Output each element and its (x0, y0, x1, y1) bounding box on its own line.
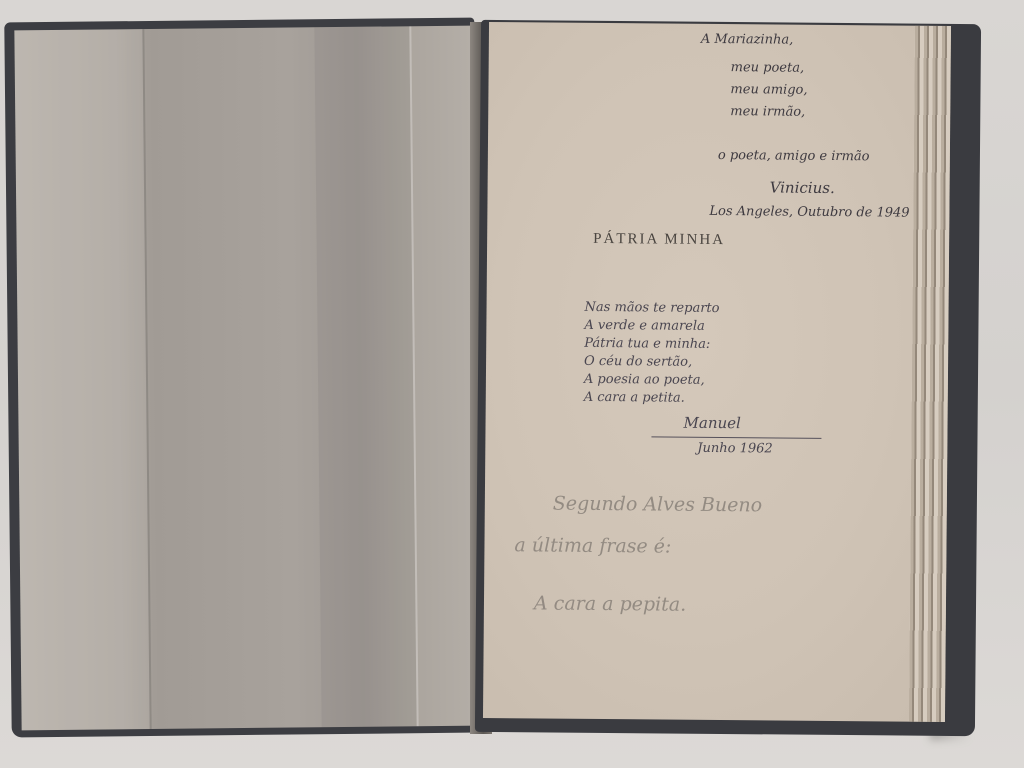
poem-line: Pátria tua e minha: (584, 335, 710, 355)
title-page: A Mariazinha, meu poeta, meu amigo, meu … (483, 22, 951, 722)
dedication-signature: Vinicius. (770, 178, 835, 197)
poem-date: Junho 1962 (697, 440, 773, 459)
poem-signature: Manuel (683, 414, 740, 433)
dedication-line: o poeta, amigo e irmão (718, 148, 870, 164)
dedication-place-date: Los Angeles, Outubro de 1949 (709, 204, 909, 221)
book-title: PÁTRIA MINHA (593, 231, 725, 249)
shadow-band (314, 26, 416, 727)
poem-line: A verde e amarela (584, 317, 705, 337)
dedication-line: meu amigo, (730, 82, 807, 98)
left-endpaper (14, 26, 477, 731)
pencil-note-line: a última frase é: (514, 534, 671, 557)
dedication-line: meu irmão, (730, 104, 805, 120)
page-edges (909, 26, 951, 722)
pencil-note-line: Segundo Alves Bueno (553, 493, 762, 517)
poem-line: A poesia ao poeta, (584, 371, 705, 391)
pencil-note-line: A cara a pepita. (534, 592, 686, 615)
poem-line: O céu do sertão, (584, 353, 692, 372)
dedication-line: A Mariazinha, (701, 32, 793, 48)
poem-line: Nas mãos te reparto (584, 299, 719, 319)
signature-underline (651, 436, 821, 438)
dedication-line: meu poeta, (731, 60, 805, 76)
poem-line: A cara a petita. (584, 389, 685, 408)
protective-sleeve-band (14, 29, 151, 730)
